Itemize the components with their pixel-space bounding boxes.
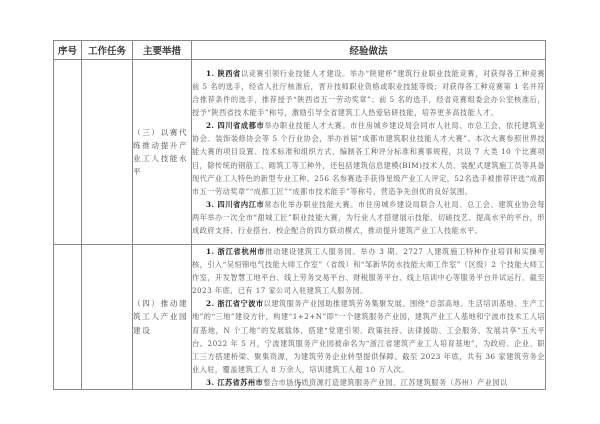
experience-paragraph: 2. 浙江省宁波市以建筑服务产业园助推建筑劳务集聚发展。围绕“总部高地、生活培训… [192,297,545,376]
row-task-cell [82,245,133,390]
table-header-row: 序号 工作任务 主要举措 经验做法 [54,41,546,60]
region-lead: 1. 浙江省杭州市 [206,247,265,256]
region-lead: 1. 陕西省 [206,69,241,78]
header-task: 工作任务 [82,41,133,60]
row-index-cell [54,245,82,390]
experience-paragraph: 2. 四川省成都市举办职业技能人才大赛。市住房城乡建设局会同市人社局、市总工会，… [192,119,545,198]
table-row: （三）以赛代练推动提升产业工人技能水平 1. 陕西省以竞赛引领行业技能人才建设。… [54,60,546,245]
row-measure-cell: （四）推动建筑工人产业园建设 [133,245,192,390]
row-experience-cell: 1. 陕西省以竞赛引领行业技能人才建设。举办“陕建杯”建筑行业职业技能竞赛，对获… [192,60,546,245]
region-lead: 2. 浙江省宁波市 [206,299,264,308]
page-number: - 7 - [0,381,600,390]
experience-table: 序号 工作任务 主要举措 经验做法 （三）以赛代练推动提升产业工人技能水平 1.… [53,40,546,390]
experience-paragraph: 1. 陕西省以竞赛引领行业技能人才建设。举办“陕建杯”建筑行业职业技能竞赛，对获… [192,67,545,119]
row-measure-cell: （三）以赛代练推动提升产业工人技能水平 [133,60,192,245]
row-experience-cell: 1. 浙江省杭州市推动建设建筑工人服务园。举办 3 期、2727 人建筑施工特种… [192,245,546,390]
experience-paragraph: 1. 浙江省杭州市推动建设建筑工人服务园。举办 3 期、2727 人建筑施工特种… [192,245,545,297]
header-index: 序号 [54,41,82,60]
row-task-cell [82,60,133,245]
paragraph-text: 举办职业技能人才大赛。市住房城乡建设局会同市人社局、市总工会，依托建筑业协会、装… [192,121,545,195]
header-experience: 经验做法 [192,41,546,60]
table-row: （四）推动建筑工人产业园建设 1. 浙江省杭州市推动建设建筑工人服务园。举办 3… [54,245,546,390]
document-page: 序号 工作任务 主要举措 经验做法 （三）以赛代练推动提升产业工人技能水平 1.… [0,0,600,424]
region-lead: 2. 四川省成都市 [206,121,264,130]
paragraph-text: 以建筑服务产业园助推建筑劳务集聚发展。围绕“总部高地、生活培训基地、生产工地”的… [192,299,545,373]
paragraph-text: 以竞赛引领行业技能人才建设。举办“陕建杯”建筑行业职业技能竞赛，对获得各工种竞赛… [192,69,545,117]
region-lead: 3. 四川省内江市 [206,200,264,209]
experience-paragraph: 3. 四川省内江市常态化举办职业技能大赛。市住房城乡建设局联合人社局、总工会、建… [192,198,545,237]
header-measure: 主要举措 [133,41,192,60]
row-index-cell [54,60,82,245]
